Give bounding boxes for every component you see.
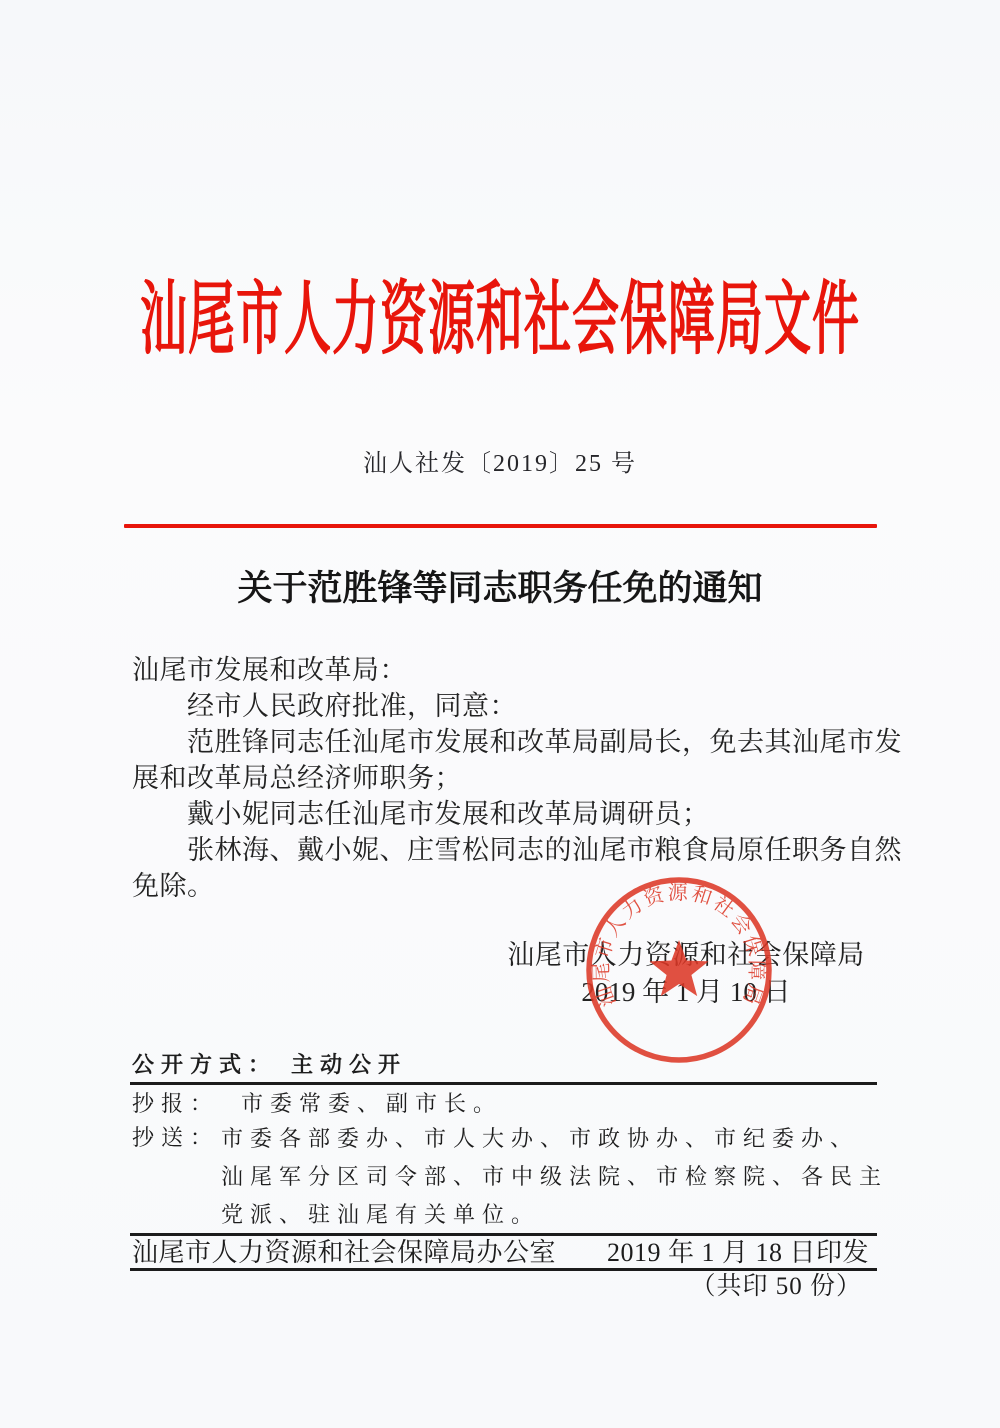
document-page: 汕尾市人力资源和社会保障局文件 汕人社发〔2019〕25 号 关于范胜锋等同志职… xyxy=(0,0,1000,1428)
body-line: 展和改革局总经济师职务； xyxy=(132,760,878,796)
footer-divider-2 xyxy=(130,1233,877,1236)
document-number: 汕人社发〔2019〕25 号 xyxy=(0,450,1000,478)
body-line: 汕尾市发展和改革局： xyxy=(132,652,878,688)
body-line: 经市人民政府批准，同意： xyxy=(132,688,878,724)
publicity-label: 公开方式： xyxy=(132,1052,277,1077)
copy-send-line: 党派、驻汕尾有关单位。 xyxy=(221,1196,881,1234)
red-separator-rule xyxy=(124,524,877,528)
publicity-value: 主动公开 xyxy=(291,1052,407,1077)
footer-divider-3 xyxy=(130,1268,877,1271)
copy-report-value: 市委常委、副市长。 xyxy=(241,1091,502,1116)
issuer-office: 汕尾市人力资源和社会保障局办公室 xyxy=(132,1239,556,1267)
notice-title: 关于范胜锋等同志职务任免的通知 xyxy=(0,569,1000,609)
copy-send-label: 抄送： xyxy=(132,1124,219,1152)
body-line: 范胜锋同志任汕尾市发展和改革局副局长，免去其汕尾市发 xyxy=(132,724,878,760)
issuer-row: 汕尾市人力资源和社会保障局办公室 2019 年 1 月 18 日印发 xyxy=(132,1239,869,1267)
body-line: 张林海、戴小妮、庄雪松同志的汕尾市粮食局原任职务自然 xyxy=(132,832,878,868)
seal-star-icon xyxy=(650,940,709,996)
body-line: 戴小妮同志任汕尾市发展和改革局调研员； xyxy=(132,796,878,832)
footer-divider-1 xyxy=(130,1082,877,1085)
copy-send-line: 市委各部委办、市人大办、市政协办、市纪委办、 xyxy=(221,1120,881,1158)
notice-body: 汕尾市发展和改革局： 经市人民政府批准，同意： 范胜锋同志任汕尾市发展和改革局副… xyxy=(132,652,878,904)
copies-count: （共印 50 份） xyxy=(132,1273,862,1301)
publicity-row: 公开方式：主动公开 xyxy=(132,1051,407,1079)
copy-report-row: 抄报：市委常委、副市长。 xyxy=(132,1090,502,1118)
copy-send-line: 汕尾军分区司令部、市中级法院、市检察院、各民主 xyxy=(221,1158,881,1196)
issuer-print-date: 2019 年 1 月 18 日印发 xyxy=(607,1239,869,1267)
official-seal: 汕尾市人力资源和社会保障局 xyxy=(581,872,777,1068)
copy-send-content: 市委各部委办、市人大办、市政协办、市纪委办、 汕尾军分区司令部、市中级法院、市检… xyxy=(221,1120,881,1234)
copy-report-label: 抄报： xyxy=(132,1091,219,1116)
letterhead-org-title: 汕尾市人力资源和社会保障局文件 xyxy=(0,279,1000,364)
